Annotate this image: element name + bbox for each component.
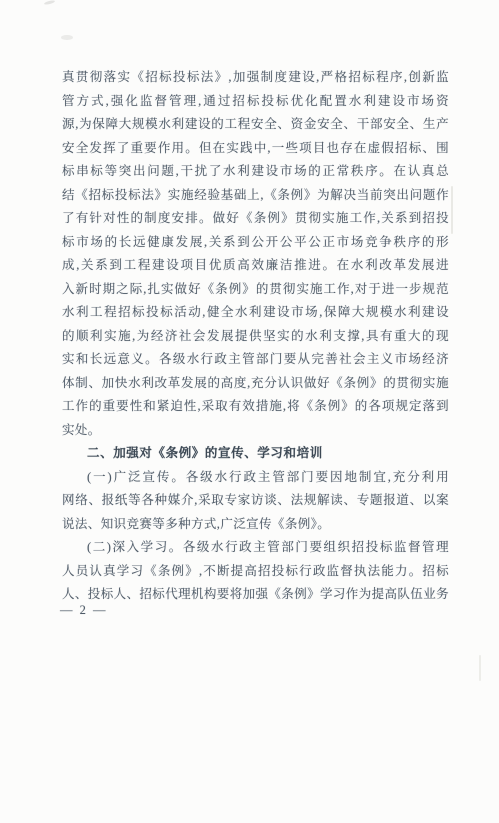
text-line: 网络、报纸等各种媒介,采取专家访谈、法规解读、专题报道、以案 bbox=[62, 489, 449, 513]
text-line: 标串标等突出问题,干扰了水利建设市场的正常秩序。在认真总 bbox=[62, 160, 449, 184]
text-line: 人、投标人、招标代理机构要将加强《条例》学习作为提高队伍业务 bbox=[62, 583, 449, 607]
text-line: 实处。 bbox=[62, 419, 449, 443]
paragraph: (二)深入学习。各级水行政主管部门要组织招投标监督管理人员认真学习《条例》,不断… bbox=[62, 536, 449, 607]
text-line: 入新时期之际,扎实做好《条例》的贯彻实施工作,对于进一步规范 bbox=[62, 278, 449, 302]
text-line: 成,关系到工程建设项目优质高效廉洁推进。在水利改革发展进 bbox=[62, 254, 449, 278]
text-line: 体制、加快水利改革发展的高度,充分认识做好《条例》的贯彻实施 bbox=[62, 372, 449, 396]
text-line: 源,为保障大规模水利建设的工程安全、资金安全、干部安全、生产 bbox=[62, 113, 449, 137]
text-line: 标市场的长远健康发展,关系到公开公平公正市场竞争秩序的形 bbox=[62, 231, 449, 255]
section-heading: 二、加强对《条例》的宣传、学习和培训 bbox=[62, 442, 449, 466]
text-line: 的顺利实施,为经济社会发展提供坚实的水利支撑,具有重大的现 bbox=[62, 325, 449, 349]
document-text: 真贯彻落实《招标投标法》,加强制度建设,严格招标程序,创新监管方式,强化监督管理… bbox=[62, 66, 449, 607]
text-line: 了有针对性的制度安排。做好《条例》贯彻实施工作,关系到招投 bbox=[62, 207, 449, 231]
text-line: (一)广泛宣传。各级水行政主管部门要因地制宜,充分利用 bbox=[62, 466, 449, 490]
scan-artifact bbox=[61, 35, 73, 40]
scan-artifact bbox=[44, 0, 55, 5]
paragraph: 真贯彻落实《招标投标法》,加强制度建设,严格招标程序,创新监管方式,强化监督管理… bbox=[62, 66, 449, 442]
scan-artifact bbox=[451, 186, 453, 234]
paragraph: (一)广泛宣传。各级水行政主管部门要因地制宜,充分利用网络、报纸等各种媒介,采取… bbox=[62, 466, 449, 537]
text-line: 结《招标投标法》实施经验基础上,《条例》为解决当前突出问题作 bbox=[62, 184, 449, 208]
text-line: 安全发挥了重要作用。但在实践中,一些项目也存在虚假招标、围 bbox=[62, 137, 449, 161]
text-line: 人员认真学习《条例》,不断提高招投标行政监督执法能力。招标 bbox=[62, 560, 449, 584]
scan-artifact bbox=[479, 655, 481, 681]
text-line: 真贯彻落实《招标投标法》,加强制度建设,严格招标程序,创新监 bbox=[62, 66, 449, 90]
page-number: — 2 — bbox=[60, 603, 108, 618]
text-line: 工作的重要性和紧迫性,采取有效措施,将《条例》的各项规定落到 bbox=[62, 395, 449, 419]
text-line: 二、加强对《条例》的宣传、学习和培训 bbox=[62, 442, 449, 466]
document-page: 真贯彻落实《招标投标法》,加强制度建设,严格招标程序,创新监管方式,强化监督管理… bbox=[0, 0, 499, 823]
text-line: 说法、知识竞赛等多种方式,广泛宣传《条例》。 bbox=[62, 513, 449, 537]
text-line: 管方式,强化监督管理,通过招标投标优化配置水利建设市场资 bbox=[62, 90, 449, 114]
text-line: (二)深入学习。各级水行政主管部门要组织招投标监督管理 bbox=[62, 536, 449, 560]
text-line: 实和长远意义。各级水行政主管部门要从完善社会主义市场经济 bbox=[62, 348, 449, 372]
text-line: 水利工程招标投标活动,健全水利建设市场,保障大规模水利建设 bbox=[62, 301, 449, 325]
